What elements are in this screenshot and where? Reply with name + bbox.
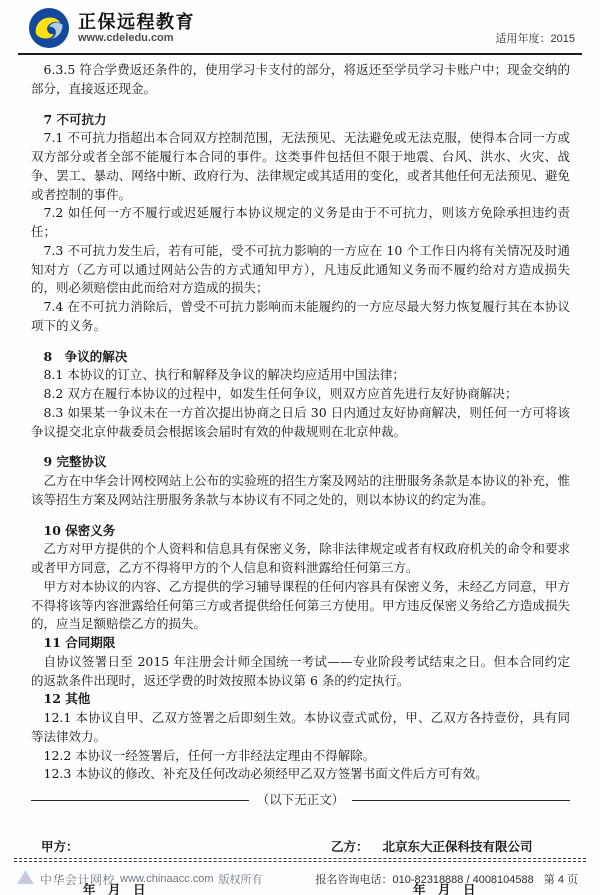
party-a-label: 甲方： — [31, 838, 331, 857]
end-of-text-label: （以下无正文） — [249, 791, 353, 810]
clause-10-b: 甲方对本协议的内容、乙方提供的学习辅导课程的任何内容具有保密义务，未经乙方同意，… — [31, 578, 570, 634]
clause-7-1: 7.1 不可抗力指超出本合同双方控制范围，无法预见、无法避免或无法克服，使得本合… — [31, 129, 570, 204]
clause-7-2: 7.2 如任何一方不履行或迟延履行本协议规定的义务是由于不可抗力，则该方免除承担… — [31, 204, 570, 242]
clause-12-1: 12.1 本协议自甲、乙双方签署之后即刻生效。本协议壹式贰份，甲、乙双方各持壹份… — [31, 709, 570, 747]
footer-rule — [14, 858, 586, 862]
party-b-name: 北京东大正保科技有限公司 — [383, 838, 533, 857]
heading-12: 12 其他 — [31, 690, 570, 709]
clause-8-1: 8.1 本协议的订立、执行和解释及争议的解决均应适用中国法律； — [31, 366, 570, 385]
cdel-logo-icon — [28, 7, 70, 49]
end-of-text-divider: （以下无正文） — [31, 791, 570, 810]
clause-8-3: 8.3 如果某一争议未在一方首次提出协商之日后 30 日内通过友好协商解决，则任… — [31, 404, 570, 442]
brand-name: 正保远程教育 — [78, 12, 195, 33]
chinaacc-logo-icon — [16, 869, 35, 889]
brand: 正保远程教育 www.cdeledu.com — [28, 7, 195, 49]
clause-7-3: 7.3 不可抗力发生后，若有可能，受不可抗力影响的一方应在 10 个工作日内将有… — [31, 242, 570, 298]
page-footer: 中华会计网校 www.chinaacc.com 版权所有 报名咨询电话：010-… — [0, 858, 600, 891]
divider-rule-left — [31, 800, 249, 801]
signature-row: 甲方： 乙方： 北京东大正保科技有限公司 — [31, 838, 570, 857]
clause-12-2: 12.2 本协议一经签署后，任何一方非经法定理由不得解除。 — [31, 747, 570, 766]
footer-site-name: 中华会计网校 — [40, 871, 115, 888]
heading-8: 8 争议的解决 — [31, 348, 570, 367]
clause-10-a: 乙方对甲方提供的个人资料和信息具有保密义务，除非法律规定或者有权政府机关的命令和… — [31, 540, 570, 578]
heading-9: 9 完整协议 — [31, 453, 570, 472]
footer-copyright: 版权所有 — [219, 871, 263, 887]
contract-body: 6.3.5 符合学费返还条件的，使用学习卡支付的部分，将返还至学员学习卡账户中；… — [0, 55, 600, 895]
divider-rule-right — [352, 800, 570, 801]
clause-8-2: 8.2 双方在履行本协议的过程中，如发生任何争议，则双方应首先进行友好协商解决； — [31, 385, 570, 404]
clause-11-body: 自协议签署日至 2015 年注册会计师全国统一考试——专业阶段考试结束之日。但本… — [31, 653, 570, 691]
clause-12-3: 12.3 本协议的修改、补充及任何改动必须经甲乙双方签署书面文件后方可有效。 — [31, 765, 570, 784]
clause-9-body: 乙方在中华会计网校网站上公布的实验班的招生方案及网站的注册服务条款是本协议的补充… — [31, 472, 570, 510]
contract-page: 正保远程教育 www.cdeledu.com 适用年度：2015 6.3.5 符… — [0, 0, 600, 895]
clause-6-3-5: 6.3.5 符合学费返还条件的，使用学习卡支付的部分，将返还至学员学习卡账户中；… — [31, 61, 570, 99]
heading-7: 7 不可抗力 — [31, 111, 570, 130]
footer-page-number: 第 4 页 — [544, 871, 578, 887]
applicable-year-label: 适用年度：2015 — [496, 30, 575, 49]
party-b-label: 乙方： — [331, 838, 369, 857]
brand-url: www.cdeledu.com — [78, 32, 195, 44]
heading-11: 11 合同期限 — [31, 634, 570, 653]
clause-7-4: 7.4 在不可抗力消除后，曾受不可抗力影响而未能履约的一方应尽最大努力恢复履行其… — [31, 298, 570, 336]
footer-hotline: 报名咨询电话：010-82318888 / 4008104588 — [315, 871, 533, 887]
page-header: 正保远程教育 www.cdeledu.com 适用年度：2015 — [0, 0, 600, 52]
footer-site-url: www.chinaacc.com — [120, 873, 214, 885]
heading-10: 10 保密义务 — [31, 522, 570, 541]
